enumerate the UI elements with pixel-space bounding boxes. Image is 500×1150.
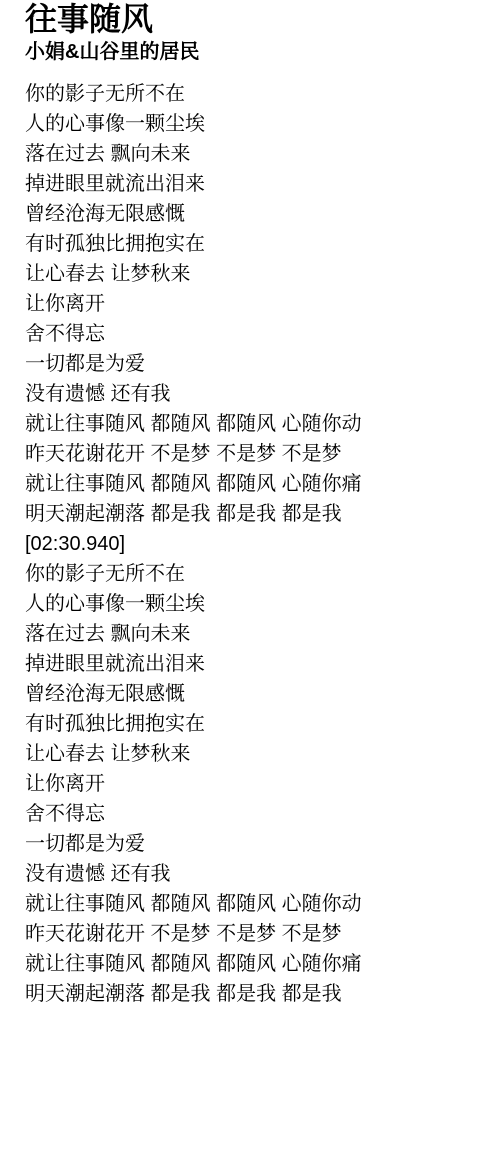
lyric-line: 明天潮起潮落 都是我 都是我 都是我 bbox=[25, 499, 480, 529]
lyric-line: 让你离开 bbox=[25, 769, 480, 799]
lyric-line: 你的影子无所不在 bbox=[25, 559, 480, 589]
artist-name: 小娟&山谷里的居民 bbox=[25, 40, 480, 65]
lyric-line: [02:30.940] bbox=[25, 529, 480, 559]
lyric-line: 没有遗憾 还有我 bbox=[25, 379, 480, 409]
lyric-line: 落在过去 飘向未来 bbox=[25, 619, 480, 649]
lyric-line: 就让往事随风 都随风 都随风 心随你痛 bbox=[25, 469, 480, 499]
lyric-line: 明天潮起潮落 都是我 都是我 都是我 bbox=[25, 979, 480, 1009]
lyric-line: 让心春去 让梦秋来 bbox=[25, 739, 480, 769]
lyric-line: 舍不得忘 bbox=[25, 799, 480, 829]
lyrics-page: 往事随风 小娟&山谷里的居民 你的影子无所不在人的心事像一颗尘埃落在过去 飘向未… bbox=[0, 0, 500, 1009]
lyric-line: 让心春去 让梦秋来 bbox=[25, 259, 480, 289]
lyric-line: 就让往事随风 都随风 都随风 心随你动 bbox=[25, 889, 480, 919]
lyric-line: 一切都是为爱 bbox=[25, 349, 480, 379]
lyric-line: 人的心事像一颗尘埃 bbox=[25, 109, 480, 139]
lyric-line: 舍不得忘 bbox=[25, 319, 480, 349]
lyric-line: 昨天花谢花开 不是梦 不是梦 不是梦 bbox=[25, 439, 480, 469]
lyric-line: 曾经沧海无限感慨 bbox=[25, 199, 480, 229]
lyric-line: 掉进眼里就流出泪来 bbox=[25, 649, 480, 679]
lyric-line: 人的心事像一颗尘埃 bbox=[25, 589, 480, 619]
lyric-line: 昨天花谢花开 不是梦 不是梦 不是梦 bbox=[25, 919, 480, 949]
lyric-line: 落在过去 飘向未来 bbox=[25, 139, 480, 169]
lyric-line: 就让往事随风 都随风 都随风 心随你动 bbox=[25, 409, 480, 439]
lyric-line: 没有遗憾 还有我 bbox=[25, 859, 480, 889]
lyric-line: 曾经沧海无限感慨 bbox=[25, 679, 480, 709]
lyric-line: 你的影子无所不在 bbox=[25, 79, 480, 109]
lyric-line: 有时孤独比拥抱实在 bbox=[25, 229, 480, 259]
lyric-line: 掉进眼里就流出泪来 bbox=[25, 169, 480, 199]
song-title: 往事随风 bbox=[25, 0, 480, 38]
lyrics-block: 你的影子无所不在人的心事像一颗尘埃落在过去 飘向未来掉进眼里就流出泪来曾经沧海无… bbox=[25, 79, 480, 1009]
lyric-line: 就让往事随风 都随风 都随风 心随你痛 bbox=[25, 949, 480, 979]
lyric-line: 一切都是为爱 bbox=[25, 829, 480, 859]
lyric-line: 让你离开 bbox=[25, 289, 480, 319]
lyric-line: 有时孤独比拥抱实在 bbox=[25, 709, 480, 739]
